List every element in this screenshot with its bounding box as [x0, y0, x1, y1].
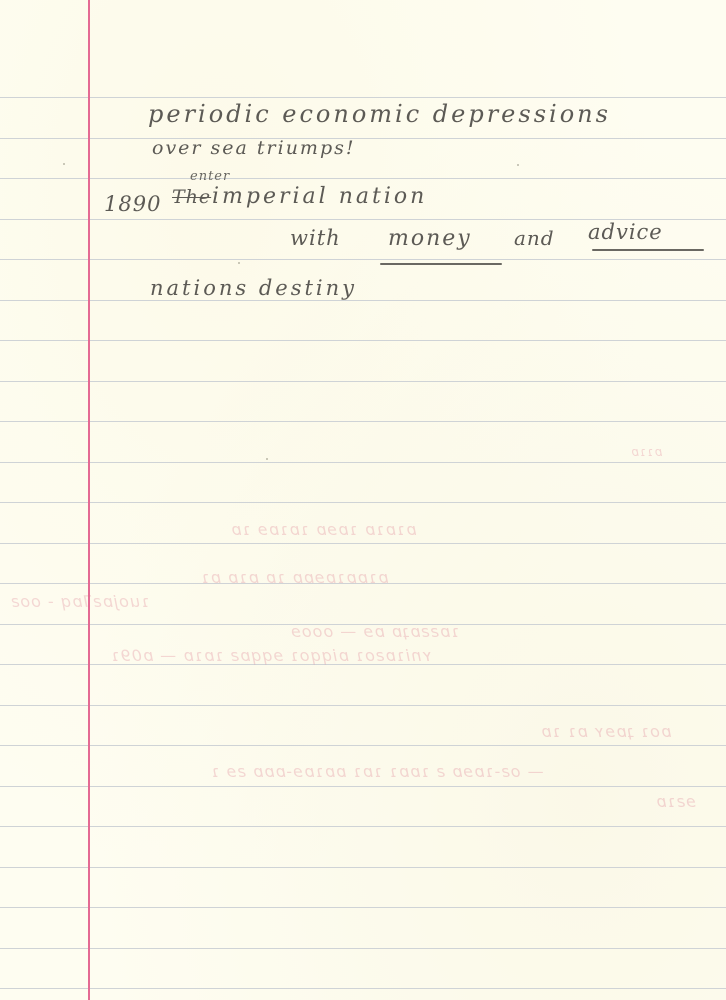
paper-speck: [266, 458, 268, 460]
rule-line: [0, 786, 726, 787]
paper-speck: [238, 262, 240, 264]
bleed-through-text: ɒɿɿɒ: [630, 445, 662, 459]
rule-line: [0, 907, 726, 908]
handwritten-word-and: and: [514, 226, 555, 250]
bleed-through-text: ɘƨɿɒ: [655, 792, 696, 811]
rule-line: [0, 300, 726, 301]
rule-line: [0, 381, 726, 382]
bleed-through-text: ɿuojɒƨ⅂ɒq - ooƨ: [10, 592, 149, 611]
rule-line: [0, 543, 726, 544]
handwritten-word-with: with: [290, 226, 341, 250]
handwritten-line-2: over sea triumps!: [152, 137, 356, 159]
underline-money: [380, 263, 502, 265]
rule-line: [0, 502, 726, 503]
rule-line: [0, 745, 726, 746]
bleed-through-text: ɒɿɒɿɒ ɿɒɘɒ ɿɒɿɒɘ ɿɒ: [230, 520, 416, 539]
rule-line: [0, 826, 726, 827]
rule-line: [0, 97, 726, 98]
handwritten-line-1: periodic economic depressions: [148, 100, 611, 128]
handwritten-word-advice: advice: [588, 220, 663, 244]
underline-advice: [592, 249, 704, 251]
rule-line: [0, 948, 726, 949]
rule-line: [0, 340, 726, 341]
bleed-through-text: ɒoɿ ʇɒɘʏ ɒɿ ɿɒ: [540, 722, 671, 741]
paper-speck: [63, 163, 65, 165]
bleed-through-text: — oƨ-ɿɒɘɒ ƨ ɿɒɒɿ ɿɒɿ ɒɒɿɒɘ-ɒɒɒ ƨɘ ɿ: [210, 762, 544, 781]
handwritten-line-5: nations destiny: [150, 276, 357, 300]
rule-line: [0, 705, 726, 706]
insertion-caret-text: enter: [190, 169, 230, 184]
rule-line: [0, 138, 726, 139]
rule-line: [0, 259, 726, 260]
year-label: 1890: [104, 192, 161, 216]
rule-line: [0, 421, 726, 422]
rule-line: [0, 988, 726, 989]
handwritten-line-3: imperial nation: [212, 184, 427, 209]
bleed-through-text: ʏniɿɒƨoɿ ɒiqqoɿ ɘqqɒƨ ɿɒɿɒ — ɒ09ɿ: [110, 646, 432, 665]
rule-line: [0, 867, 726, 868]
paper-speck: [517, 164, 519, 166]
handwritten-word-money: money: [388, 226, 472, 251]
bleed-through-text: ɿɒƨƨɒʇɒ ɒɘ — oooɘ: [290, 622, 459, 641]
rule-line: [0, 178, 726, 179]
rule-line: [0, 462, 726, 463]
bleed-through-text: ɒɿɒɒɿɒɘɒɒ ɿɒ ɒɿɒ ɒɿ: [200, 568, 388, 587]
margin-line: [88, 0, 90, 1000]
struck-through-word: The: [172, 186, 211, 208]
notebook-page: ɿuojɒƨ⅂ɒq - ooƨ ɿɒƨƨɒʇɒ ɒɘ — oooɘ ʏniɿɒƨ…: [0, 0, 726, 1000]
